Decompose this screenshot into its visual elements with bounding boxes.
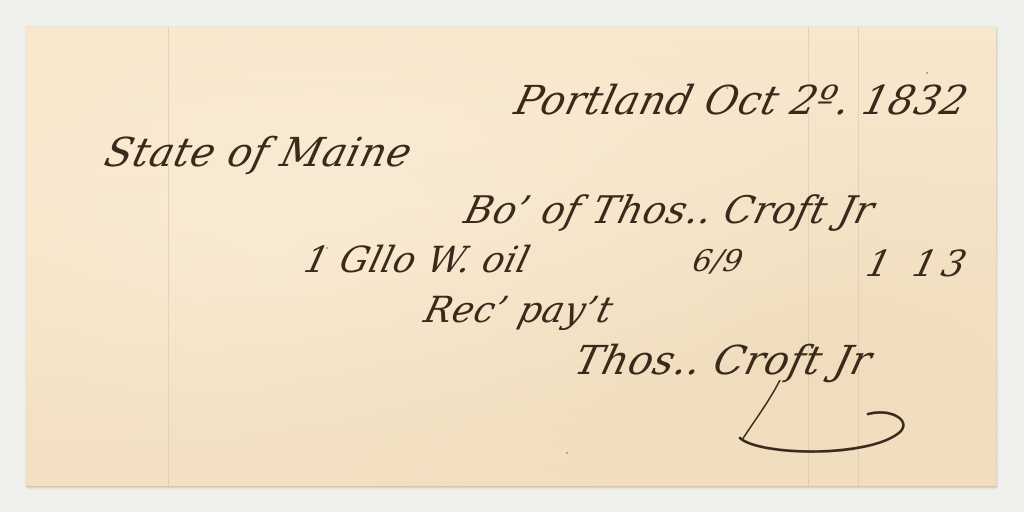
place-date: Portland Oct 2º. 1832 — [510, 78, 973, 124]
signature-flourish — [720, 380, 920, 460]
paper-speck — [566, 452, 568, 454]
signature: Thos.. Croft Jr — [570, 338, 877, 384]
line-item-description: 1 Gllo W. oil — [300, 240, 534, 281]
addressee: State of Maine — [100, 130, 417, 176]
bought-of-line: Bo’ of Thos.. Croft Jr — [460, 188, 879, 232]
ruled-line — [168, 27, 169, 486]
received-payment: Rec’ pay’t — [420, 290, 617, 331]
line-item-amount: 1 13 — [862, 244, 976, 285]
line-item-rate: 6/9 — [690, 244, 746, 279]
paper-speck — [926, 72, 928, 74]
